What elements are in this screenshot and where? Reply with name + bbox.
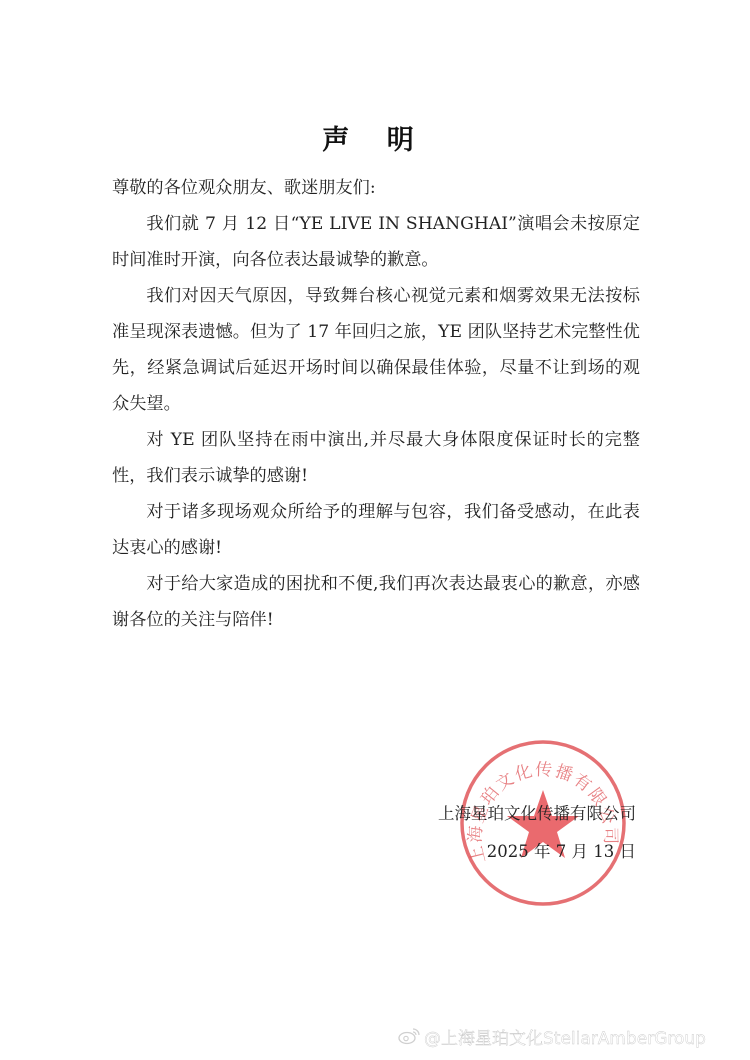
weibo-icon <box>398 1027 420 1045</box>
paragraph-thanks-audience: 对于诸多现场观众所给予的理解与包容，我们备受感动，在此表达衷心的感谢! <box>112 494 640 566</box>
paragraph-closing: 对于给大家造成的困扰和不便,我们再次表达最衷心的歉意，亦感谢各位的关注与陪伴! <box>112 566 640 638</box>
signature-block: 上海星珀文化传播有限公司 2025 年 7 月 13 日 <box>424 795 636 871</box>
document-body: 尊敬的各位观众朋友、歌迷朋友们: 我们就 7 月 12 日“YE LIVE IN… <box>112 170 640 638</box>
weibo-watermark: @上海星珀文化StellarAmberGroup <box>398 1024 744 1048</box>
signature-company: 上海星珀文化传播有限公司 <box>424 795 636 833</box>
paragraph-apology: 我们就 7 月 12 日“YE LIVE IN SHANGHAI”演唱会未按原定… <box>112 206 640 278</box>
salutation: 尊敬的各位观众朋友、歌迷朋友们: <box>112 170 640 206</box>
signature-date: 2025 年 7 月 13 日 <box>424 833 636 871</box>
paragraph-thanks-team: 对 YE 团队坚持在雨中演出,并尽最大身体限度保证时长的完整性，我们表示诚挚的感… <box>112 422 640 494</box>
document-title: 声 明 <box>0 118 750 157</box>
watermark-text: @上海星珀文化StellarAmberGroup <box>424 1024 706 1049</box>
paragraph-weather: 我们对因天气原因，导致舞台核心视觉元素和烟雾效果无法按标准呈现深表遗憾。但为了 … <box>112 278 640 422</box>
